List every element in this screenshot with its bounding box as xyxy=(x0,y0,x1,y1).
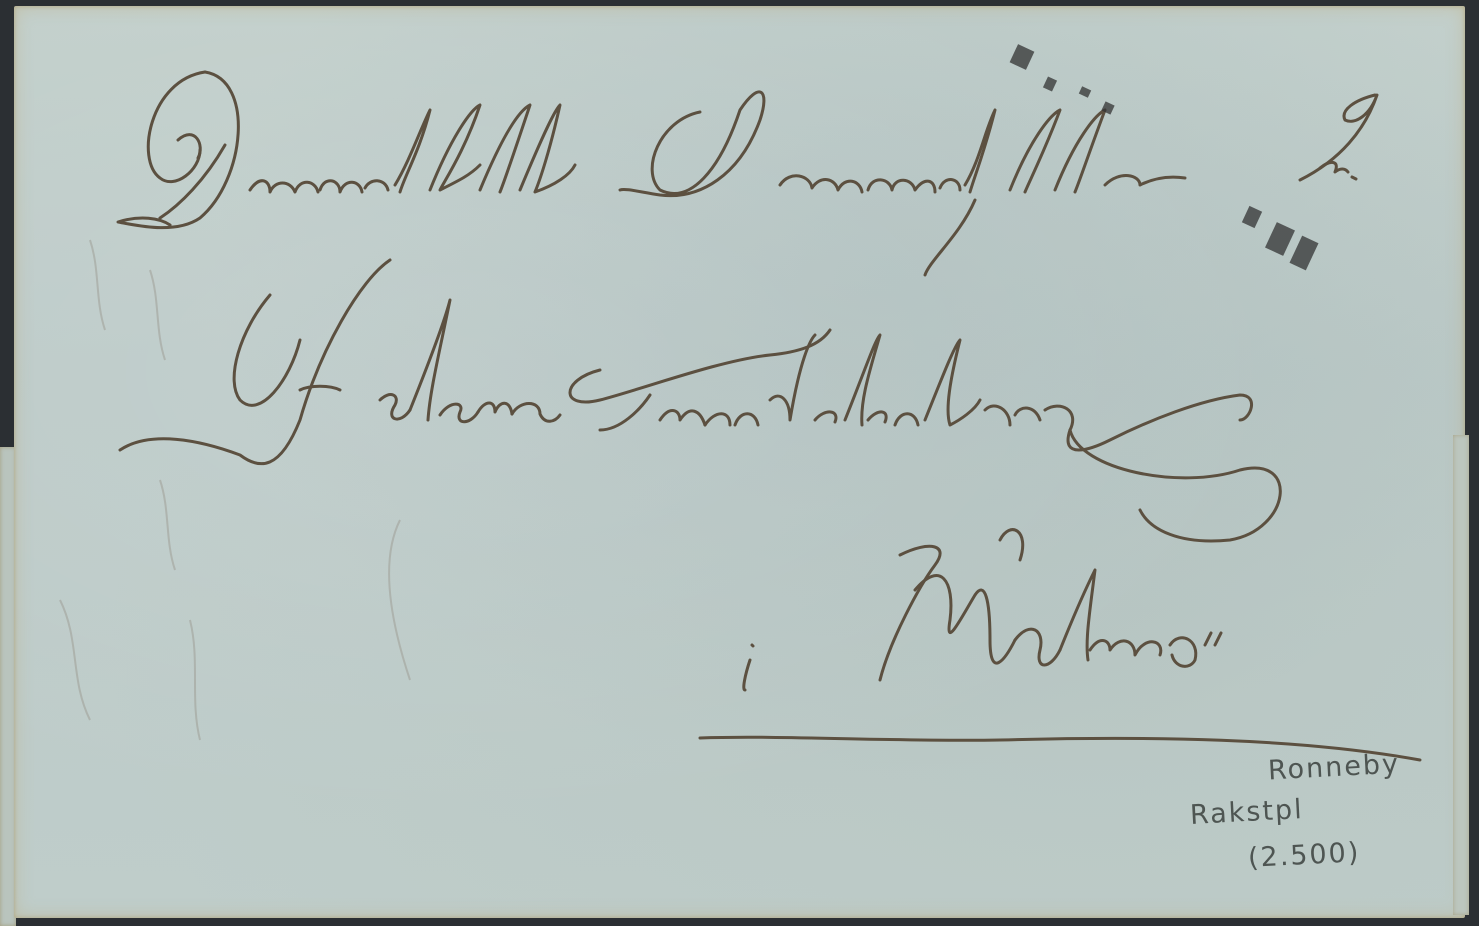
manuscript-rate-glyph xyxy=(1300,95,1377,180)
handwriting-layer xyxy=(0,0,1479,926)
line2-word1-glyph xyxy=(120,260,560,464)
pencil-note-line2: Rakstpl xyxy=(1189,794,1304,831)
show-through-writing xyxy=(60,240,410,740)
pencil-note-line3: (2.500) xyxy=(1247,837,1361,874)
line1-word1-glyph xyxy=(250,105,575,192)
line2-word2-glyph xyxy=(570,330,1280,541)
line1-word2-glyph xyxy=(620,92,1185,275)
cancel-stamp xyxy=(1010,44,1319,270)
prefix-d-glyph xyxy=(118,72,238,228)
line3-glyph xyxy=(744,530,1221,690)
